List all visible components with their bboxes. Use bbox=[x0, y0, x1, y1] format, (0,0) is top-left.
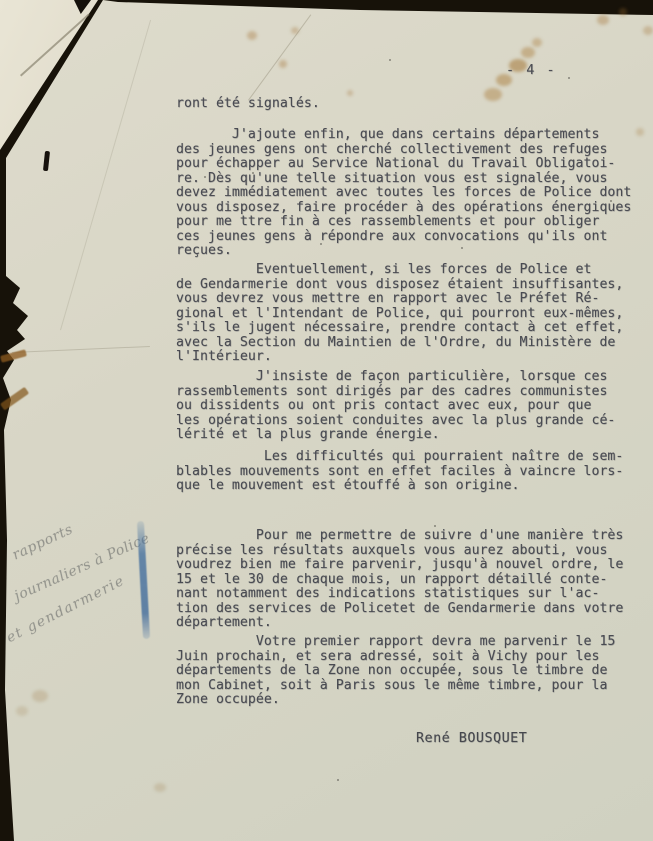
typed-paragraph: Votre premier rapport devra me parvenir … bbox=[176, 635, 615, 708]
stain bbox=[247, 31, 257, 40]
stain bbox=[643, 26, 653, 35]
stain bbox=[521, 47, 535, 58]
speck bbox=[389, 59, 391, 61]
stain bbox=[291, 27, 299, 34]
stain bbox=[347, 90, 353, 96]
speck bbox=[568, 77, 570, 79]
scanned-document: - 4 - ront été signalés. J'ajoute enfin,… bbox=[0, 0, 653, 841]
typed-paragraph: J'insiste de façon particulière, lorsque… bbox=[176, 370, 615, 443]
stain bbox=[484, 88, 502, 101]
stain bbox=[619, 8, 627, 16]
typed-paragraph: Pour me permettre de suivre d'une manièr… bbox=[176, 529, 623, 631]
typed-paragraph: J'ajoute enfin, que dans certains départ… bbox=[176, 128, 631, 259]
speck bbox=[434, 525, 436, 527]
page-number: - 4 - bbox=[506, 62, 557, 78]
stain bbox=[154, 783, 166, 792]
stain bbox=[16, 706, 28, 716]
typed-paragraph: Eventuellement, si les forces de Police … bbox=[176, 263, 623, 365]
speck bbox=[337, 779, 339, 781]
stain bbox=[597, 15, 609, 25]
stain bbox=[32, 690, 48, 702]
typed-paragraph: Les difficultés qui pourraient naître de… bbox=[176, 450, 623, 494]
signature: René BOUSQUET bbox=[416, 731, 527, 746]
typed-paragraph: ront été signalés. bbox=[176, 97, 320, 112]
stain bbox=[532, 38, 542, 47]
stain bbox=[636, 128, 644, 136]
stain bbox=[279, 60, 287, 68]
